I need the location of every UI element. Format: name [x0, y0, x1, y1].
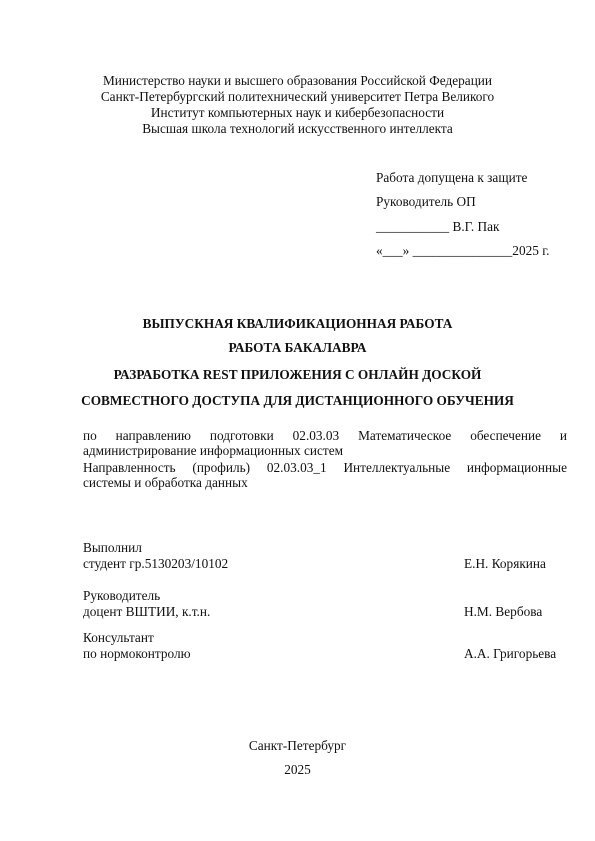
school-line: Высшая школа технологий искусственного и…	[0, 121, 595, 137]
topic-line-2: СОВМЕСТНОГО ДОСТУПА ДЛЯ ДИСТАНЦИОННОГО О…	[0, 393, 595, 409]
direction-line-1: по направлению подготовки 02.03.03 Матем…	[83, 428, 567, 443]
signature-position: по нормоконтролю	[83, 646, 191, 662]
university-line: Санкт-Петербургский политехнический унив…	[0, 89, 595, 105]
approval-date-line: «___» _______________2025 г.	[376, 243, 550, 259]
signature-name: Е.Н. Корякина	[464, 556, 546, 572]
degree-title: РАБОТА БАКАЛАВРА	[0, 340, 595, 356]
signature-role: Руководитель	[83, 588, 160, 604]
signature-name: Н.М. Вербова	[464, 604, 542, 620]
approval-admitted: Работа допущена к защите	[376, 170, 527, 186]
signature-position: доцент ВШТИИ, к.т.н.	[83, 604, 210, 620]
profile-line-1: Направленность (профиль) 02.03.03_1 Инте…	[83, 460, 567, 475]
signature-name: А.А. Григорьева	[464, 646, 556, 662]
signature-position: студент гр.5130203/10102	[83, 556, 228, 572]
profile-line-2: системы и обработка данных	[83, 475, 567, 490]
institute-line: Институт компьютерных наук и кибербезопа…	[0, 105, 595, 121]
footer-city: Санкт-Петербург	[0, 738, 595, 754]
approval-head-label: Руководитель ОП	[376, 194, 476, 210]
topic-line-1: РАЗРАБОТКА REST ПРИЛОЖЕНИЯ С ОНЛАЙН ДОСК…	[0, 367, 595, 383]
signature-role: Консультант	[83, 630, 154, 646]
direction-line-2: администрирование информационных систем	[83, 443, 567, 458]
signature-role: Выполнил	[83, 540, 142, 556]
ministry-line: Министерство науки и высшего образования…	[0, 73, 595, 89]
work-type: ВЫПУСКНАЯ КВАЛИФИКАЦИОННАЯ РАБОТА	[0, 316, 595, 332]
approval-signature-line: ___________ В.Г. Пак	[376, 219, 499, 235]
footer-year: 2025	[0, 762, 595, 778]
